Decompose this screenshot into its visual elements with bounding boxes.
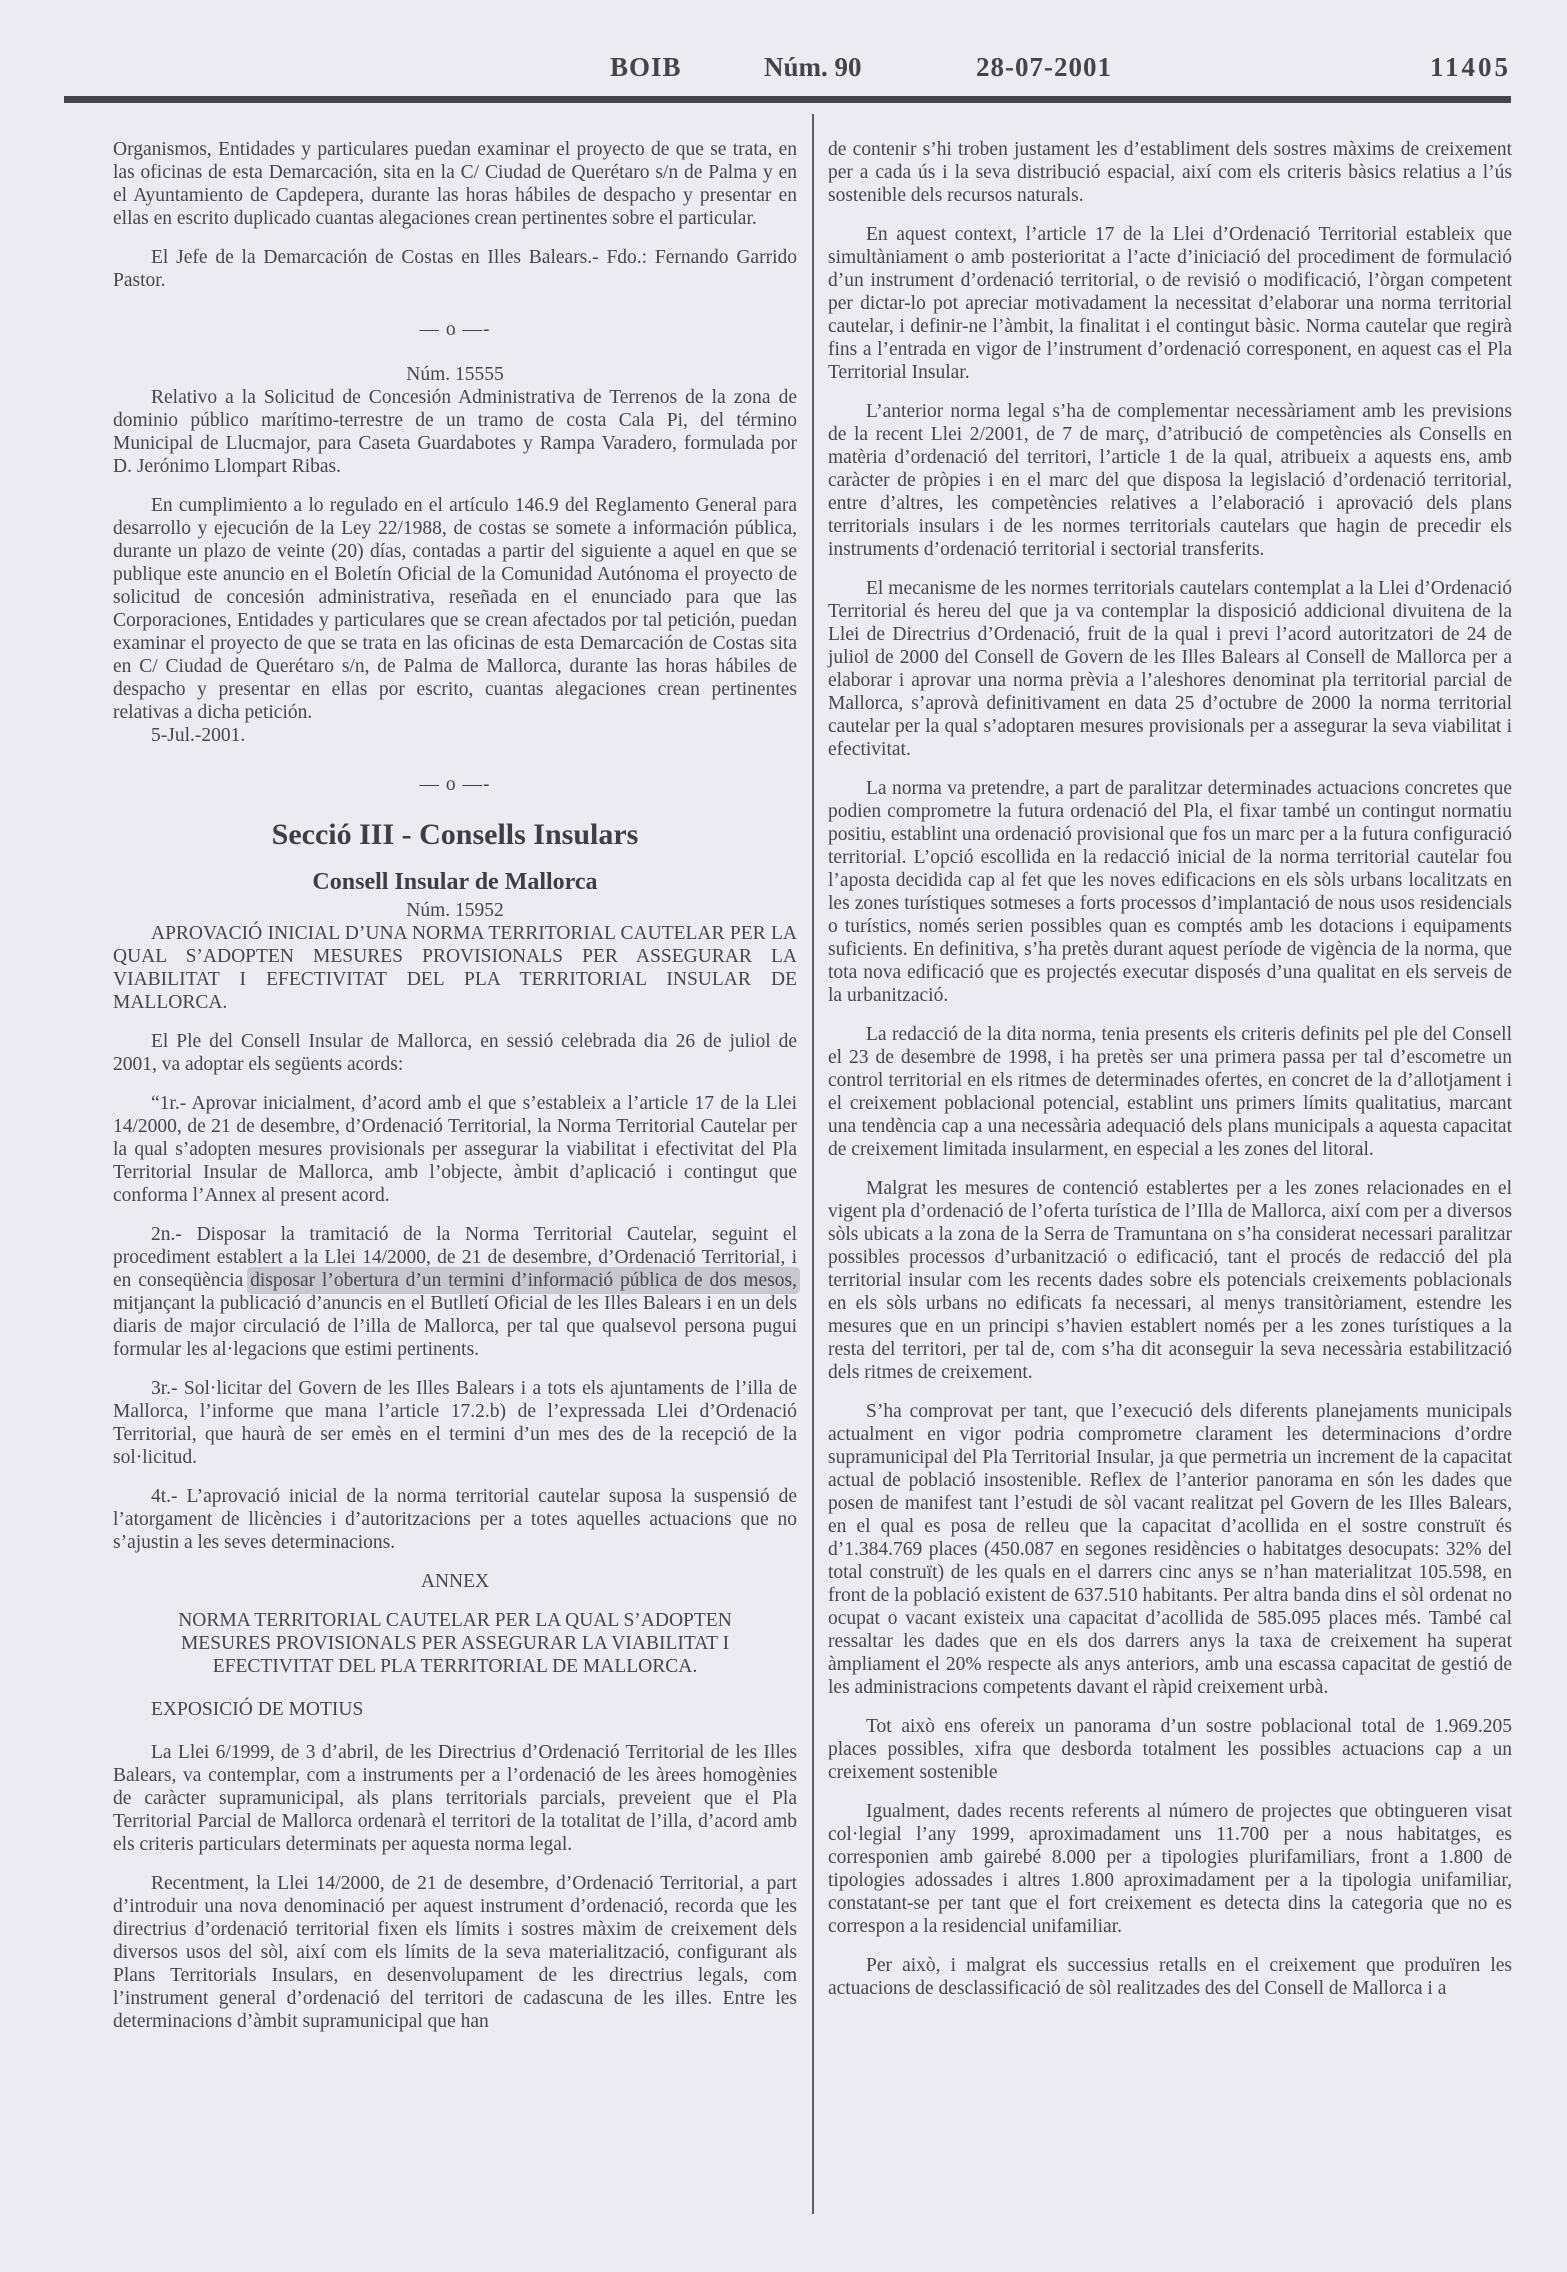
gazette-page: BOIB Núm. 90 28-07-2001 11405 Organismos… bbox=[0, 0, 1567, 2272]
paragraph: En cumplimiento a lo regulado en el artí… bbox=[113, 494, 797, 724]
left-column: Organismos, Entidades y particulares pue… bbox=[113, 138, 797, 2049]
paragraph: Per això, i malgrat els successius retal… bbox=[828, 1954, 1512, 2000]
paragraph: Tot això ens ofereix un panorama d’un so… bbox=[828, 1715, 1512, 1784]
paragraph: El Jefe de la Demarcación de Costas en I… bbox=[113, 246, 797, 292]
paragraph: En aquest context, l’article 17 de la Ll… bbox=[828, 223, 1512, 384]
paragraph: L’anterior norma legal s’ha de complemen… bbox=[828, 400, 1512, 561]
paragraph: La norma va pretendre, a part de paralit… bbox=[828, 777, 1512, 1007]
issue-number: Núm. 90 bbox=[764, 52, 862, 83]
subheading: EXPOSICIÓ DE MOTIUS bbox=[113, 1698, 797, 1721]
page-number: 11405 bbox=[1430, 52, 1511, 83]
paragraph: Malgrat les mesures de contenció estable… bbox=[828, 1177, 1512, 1384]
centered-heading: ANNEX bbox=[113, 1570, 797, 1593]
date-line: 5-Jul.-2001. bbox=[113, 724, 797, 747]
right-column: de contenir s’hi troben justament les d’… bbox=[828, 138, 1512, 2049]
paragraph: S’ha comprovat per tant, que l’execució … bbox=[828, 1400, 1512, 1699]
paragraph: El mecanisme de les normes territorials … bbox=[828, 577, 1512, 761]
announcement-number: Núm. 15555 bbox=[113, 363, 797, 386]
paragraph: de contenir s’hi troben justament les d’… bbox=[828, 138, 1512, 207]
paragraph: Organismos, Entidades y particulares pue… bbox=[113, 138, 797, 230]
subsection-heading: Consell Insular de Mallorca bbox=[113, 868, 797, 896]
section-separator: — o —- bbox=[113, 773, 797, 796]
page-header: BOIB Núm. 90 28-07-2001 11405 bbox=[64, 52, 1511, 88]
paragraph: Igualment, dades recents referents al nú… bbox=[828, 1800, 1512, 1938]
paragraph: 2n.- Disposar la tramitació de la Norma … bbox=[113, 1223, 797, 1361]
paragraph: Relativo a la Solicitud de Concesión Adm… bbox=[113, 386, 797, 478]
paragraph: “1r.- Aprovar inicialment, d’acord amb e… bbox=[113, 1092, 797, 1207]
paragraph: 3r.- Sol·licitar del Govern de les Illes… bbox=[113, 1377, 797, 1469]
publication-date: 28-07-2001 bbox=[976, 52, 1112, 83]
journal-title: BOIB bbox=[610, 52, 682, 83]
section-separator: — o —- bbox=[113, 318, 797, 341]
paragraph: La Llei 6/1999, de 3 d’abril, de les Dir… bbox=[113, 1741, 797, 1856]
header-rule bbox=[64, 96, 1511, 103]
paragraph: 4t.- L’aprovació inicial de la norma ter… bbox=[113, 1485, 797, 1554]
marker-highlight: disposar l’obertura d’un termini d’infor… bbox=[250, 1270, 797, 1291]
section-heading: Secció III - Consells Insulars bbox=[113, 818, 797, 852]
centered-heading: NORMA TERRITORIAL CAUTELAR PER LA QUAL S… bbox=[113, 1609, 797, 1678]
paragraph: APROVACIÓ INICIAL D’UNA NORMA TERRITORIA… bbox=[113, 922, 797, 1014]
paragraph: El Ple del Consell Insular de Mallorca, … bbox=[113, 1030, 797, 1076]
paragraph: Recentment, la Llei 14/2000, de 21 de de… bbox=[113, 1872, 797, 2033]
text-columns: Organismos, Entidades y particulares pue… bbox=[113, 138, 1512, 2049]
paragraph: La redacció de la dita norma, tenia pres… bbox=[828, 1023, 1512, 1161]
announcement-number: Núm. 15952 bbox=[113, 899, 797, 922]
